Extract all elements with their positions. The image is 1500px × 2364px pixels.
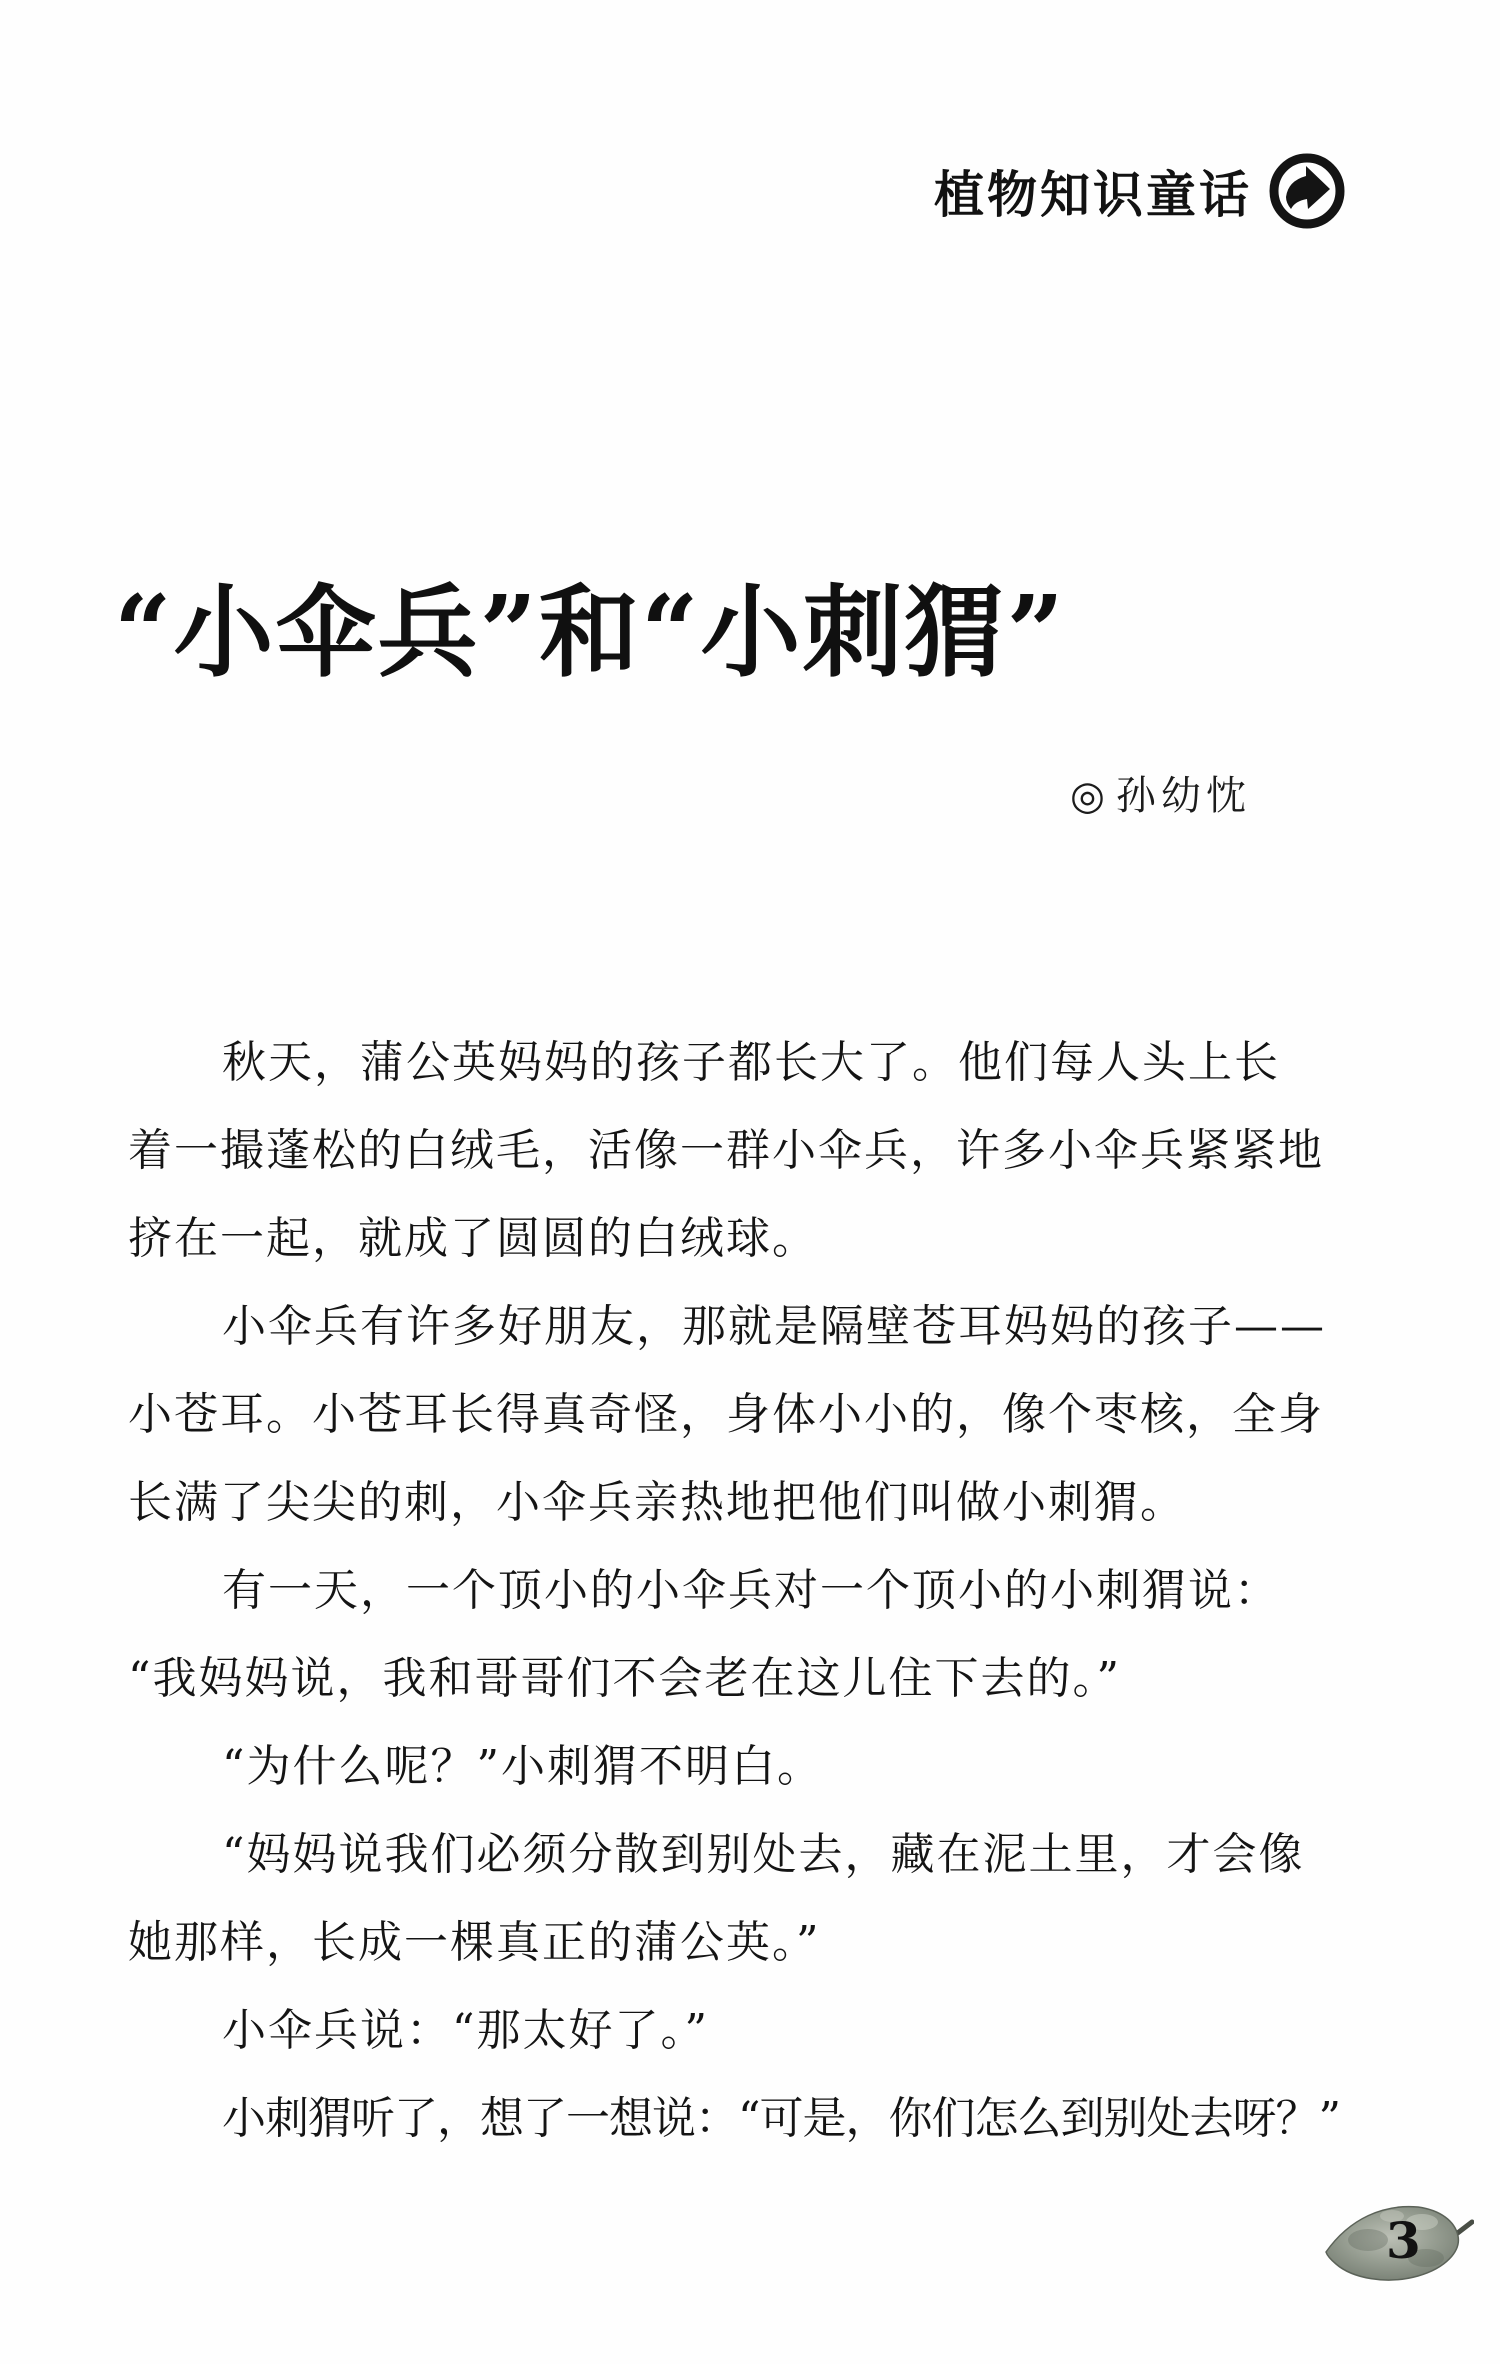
- story-line: 挤在一起，就成了圆圆的白绒球。: [128, 1195, 1352, 1283]
- story-line: 小苍耳。小苍耳长得真奇怪，身体小小的，像个枣核，全身: [128, 1371, 1352, 1459]
- story-line: 有一天，一个顶小的小伞兵对一个顶小的小刺猬说：: [128, 1547, 1352, 1635]
- series-title: 植物知识童话: [934, 155, 1252, 227]
- story-line: “妈妈说我们必须分散到别处去，藏在泥土里，才会像: [128, 1811, 1352, 1899]
- story-line: 着一撮蓬松的白绒毛，活像一群小伞兵，许多小伞兵紧紧地: [128, 1107, 1352, 1195]
- leaf-circle-icon: [1266, 150, 1348, 232]
- story-line: “为什么呢？”小刺猬不明白。: [128, 1723, 1352, 1811]
- author-name: 孙幼忱: [1116, 773, 1251, 819]
- story-line: “我妈妈说，我和哥哥们不会老在这儿住下去的。”: [128, 1635, 1352, 1723]
- story-line: 秋天，蒲公英妈妈的孩子都长大了。他们每人头上长: [128, 1019, 1352, 1107]
- article-title: “小伞兵”和“小刺猬”: [114, 552, 1066, 696]
- story-line: 她那样，长成一棵真正的蒲公英。”: [128, 1899, 1352, 1987]
- book-page: 植物知识童话 “小伞兵”和“小刺猬” ◎孙幼忱 秋天，蒲公英妈妈的孩子都长大了。…: [0, 0, 1500, 2364]
- story-line: 小伞兵说：“那太好了。”: [128, 1987, 1352, 2075]
- story-line: 长满了尖尖的刺，小伞兵亲热地把他们叫做小刺猬。: [128, 1459, 1352, 1547]
- page-number: 3: [1386, 2211, 1421, 2270]
- page-header: 植物知识童话: [934, 150, 1348, 232]
- story-text: 秋天，蒲公英妈妈的孩子都长大了。他们每人头上长 着一撮蓬松的白绒毛，活像一群小伞…: [128, 1019, 1352, 2163]
- page-number-leaf: 3: [1322, 2192, 1474, 2292]
- story-line: 小刺猬听了，想了一想说：“可是，你们怎么到别处去呀？”: [128, 2075, 1352, 2163]
- author-byline: ◎孙幼忱: [1070, 764, 1251, 821]
- author-mark-icon: ◎: [1070, 773, 1110, 819]
- story-line: 小伞兵有许多好朋友，那就是隔壁苍耳妈妈的孩子——: [128, 1283, 1352, 1371]
